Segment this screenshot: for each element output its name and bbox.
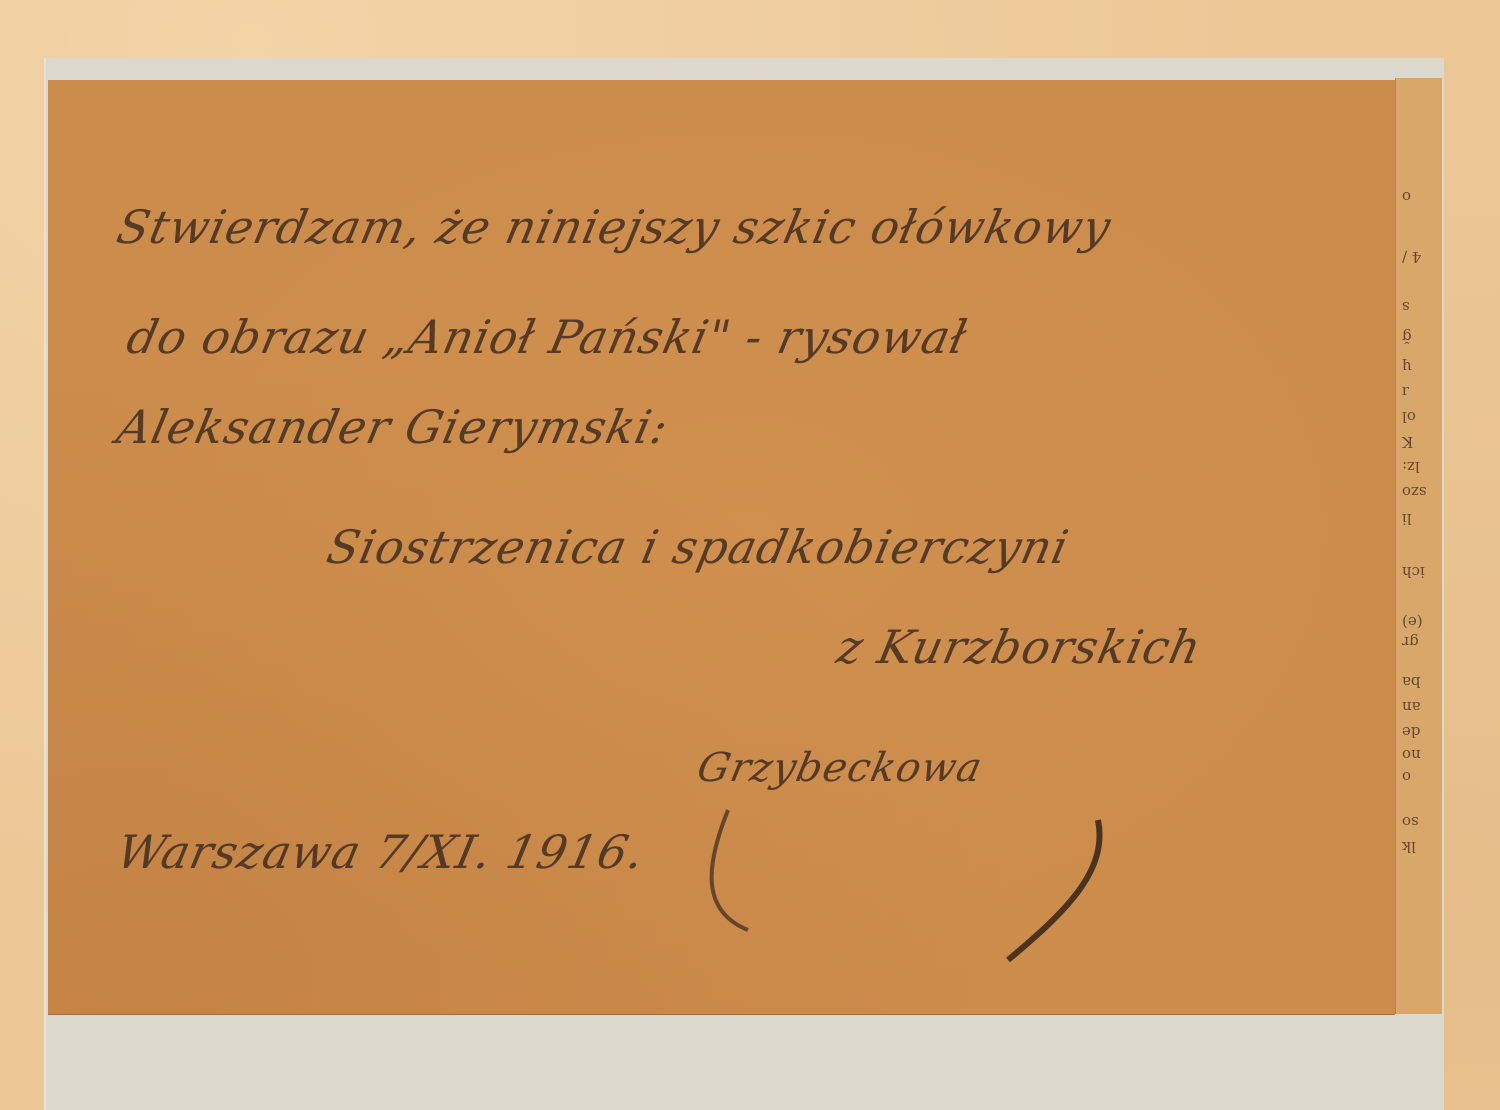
handwritten-card: Stwierdzam, że niniejszy szkic ołówkowy … bbox=[48, 80, 1395, 1014]
strip-fragment: gr bbox=[1402, 633, 1419, 651]
newspaper-strip: o 4 / s ğ ɥ ɹ ol K lz: szo li ich (e) gr… bbox=[1395, 78, 1442, 1014]
strip-fragment: ɹ bbox=[1402, 383, 1410, 401]
strip-fragment: K bbox=[1402, 433, 1413, 451]
strip-fragment: ba bbox=[1402, 673, 1421, 691]
text-line-1: Stwierdzam, że niniejszy szkic ołówkowy bbox=[112, 200, 1116, 254]
strip-fragment: o bbox=[1402, 768, 1411, 786]
strip-fragment: li bbox=[1402, 510, 1412, 528]
text-line-4: Siostrzenica i spadkobierczyni bbox=[322, 520, 1074, 574]
strip-fragment: so bbox=[1402, 813, 1419, 831]
strip-fragment: 4 / bbox=[1402, 248, 1421, 266]
strip-fragment: ich bbox=[1402, 563, 1425, 581]
strip-fragment: s bbox=[1402, 298, 1410, 316]
strip-fragment: ol bbox=[1402, 408, 1416, 426]
strip-fragment: szo bbox=[1402, 483, 1427, 501]
date-line: Warszawa 7/XI. 1916. bbox=[112, 825, 649, 879]
signature-flourish-icon bbox=[688, 780, 1128, 980]
strip-fragment: lk bbox=[1402, 838, 1416, 856]
strip-fragment: de bbox=[1402, 723, 1420, 741]
strip-fragment: an bbox=[1402, 698, 1421, 716]
strip-fragment: no bbox=[1402, 746, 1421, 764]
strip-fragment: lz: bbox=[1402, 458, 1420, 476]
strip-fragment: (e) bbox=[1402, 613, 1423, 631]
text-line-5: z Kurzborskich bbox=[832, 620, 1206, 674]
text-line-2: do obrazu „Anioł Pański" - rysował bbox=[122, 310, 972, 364]
strip-fragment: ɥ bbox=[1402, 358, 1412, 376]
strip-fragment: ğ bbox=[1402, 328, 1412, 346]
text-line-3: Aleksander Gierymski: bbox=[112, 400, 673, 454]
strip-fragment: o bbox=[1402, 188, 1411, 206]
